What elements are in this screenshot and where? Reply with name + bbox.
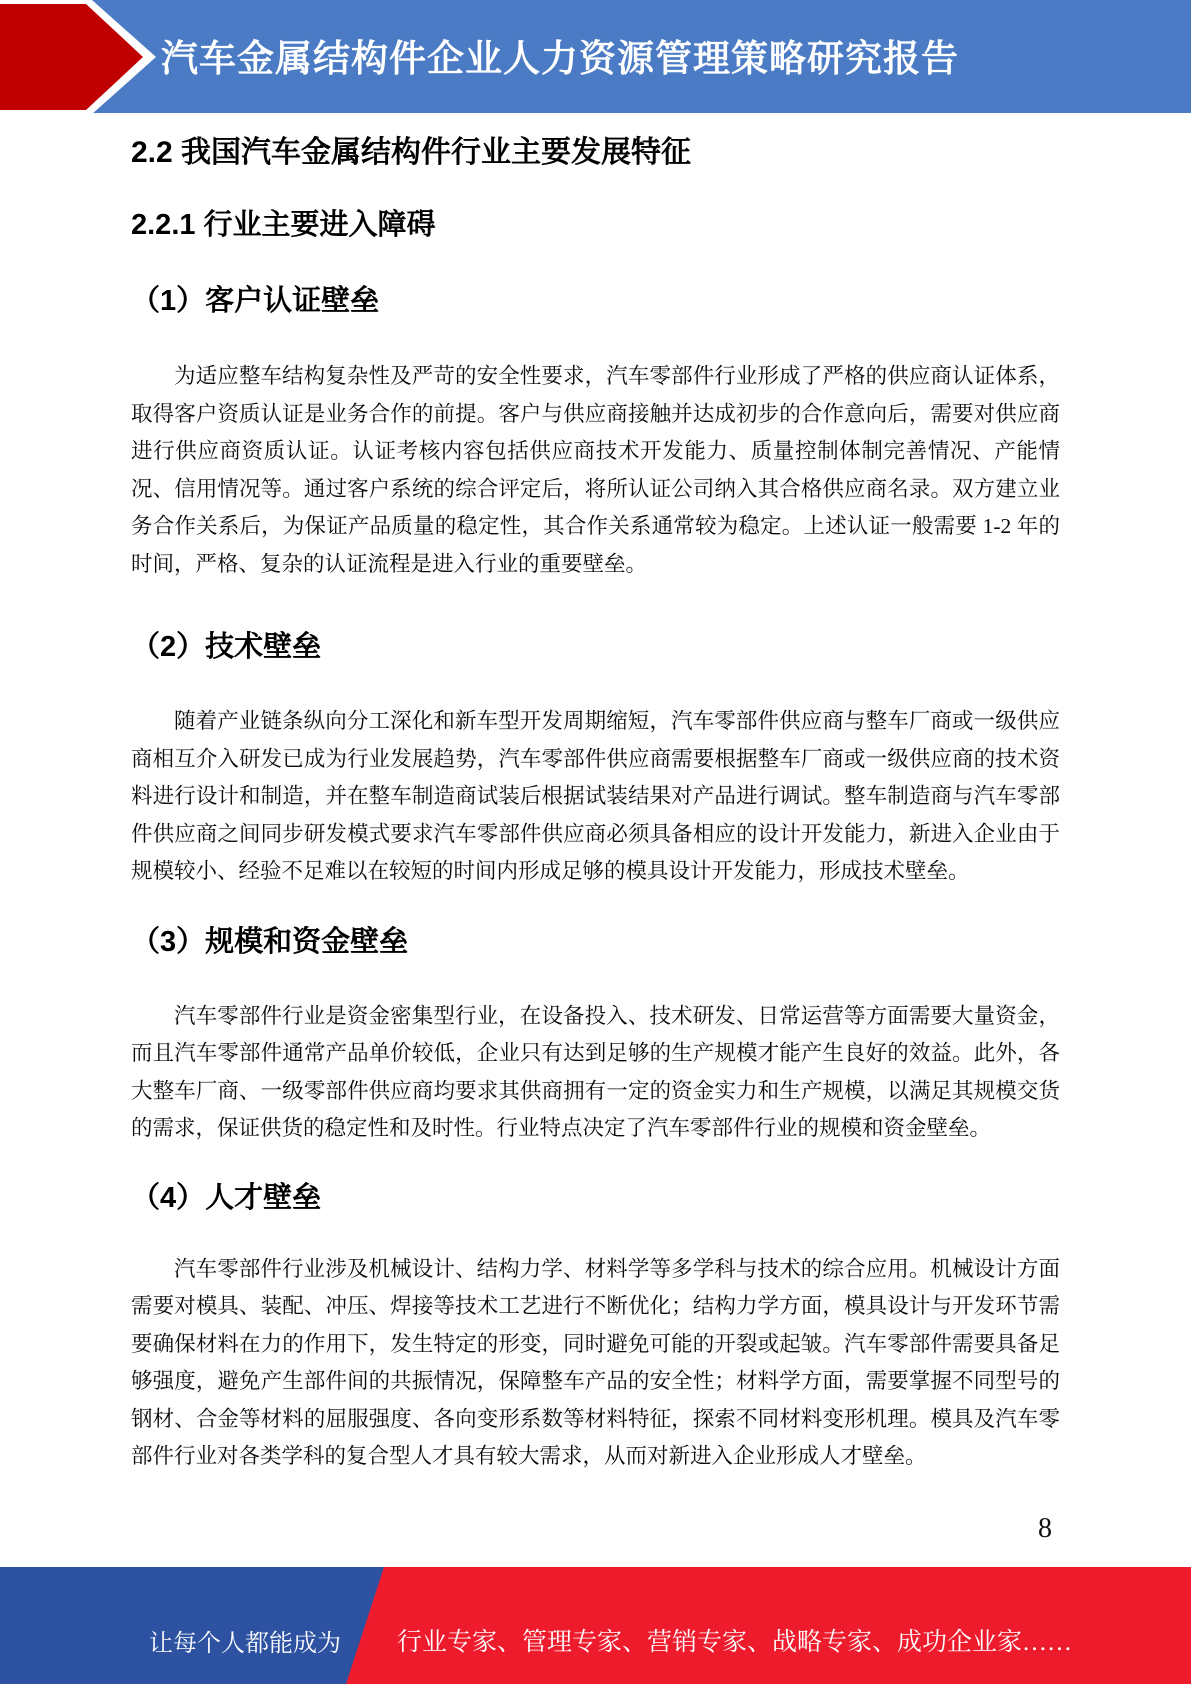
footer-slogan-right: 行业专家、管理专家、营销专家、战略专家、成功企业家…… <box>397 1622 1072 1658</box>
block-paragraph-2: 随着产业链条纵向分工深化和新车型开发周期缩短，汽车零部件供应商与整车厂商或一级供… <box>131 703 1060 891</box>
block-heading-4: （4）人才壁垒 <box>131 1178 1060 1218</box>
header-banner: 汽车金属结构件企业人力资源管理策略研究报告 <box>0 0 1191 113</box>
block-paragraph-3: 汽车零部件行业是资金密集型行业，在设备投入、技术研发、日常运营等方面需要大量资金… <box>131 998 1060 1148</box>
document-body: 2.2 我国汽车金属结构件行业主要发展特征 2.2.1 行业主要进入障碍 （1）… <box>131 113 1060 1476</box>
report-title: 汽车金属结构件企业人力资源管理策略研究报告 <box>0 27 1120 81</box>
block-paragraph-1: 为适应整车结构复杂性及严苛的安全性要求，汽车零部件行业形成了严格的供应商认证体系… <box>131 358 1060 583</box>
block-paragraph-4: 汽车零部件行业涉及机械设计、结构力学、材料学等多学科与技术的综合应用。机械设计方… <box>131 1251 1060 1476</box>
footer-slogan-left: 让每个人都能成为 <box>149 1623 341 1658</box>
section-heading: 2.2 我国汽车金属结构件行业主要发展特征 <box>131 133 1060 173</box>
block-heading-3: （3）规模和资金壁垒 <box>131 922 1060 962</box>
subsection-heading: 2.2.1 行业主要进入障碍 <box>131 205 1060 245</box>
block-heading-2: （2）技术壁垒 <box>131 627 1060 667</box>
page-number: 8 <box>1038 1513 1052 1545</box>
report-page: 汽车金属结构件企业人力资源管理策略研究报告 2.2 我国汽车金属结构件行业主要发… <box>0 0 1191 1684</box>
footer-band: 让每个人都能成为 行业专家、管理专家、营销专家、战略专家、成功企业家…… <box>0 1567 1191 1684</box>
block-heading-1: （1）客户认证壁垒 <box>131 281 1060 321</box>
